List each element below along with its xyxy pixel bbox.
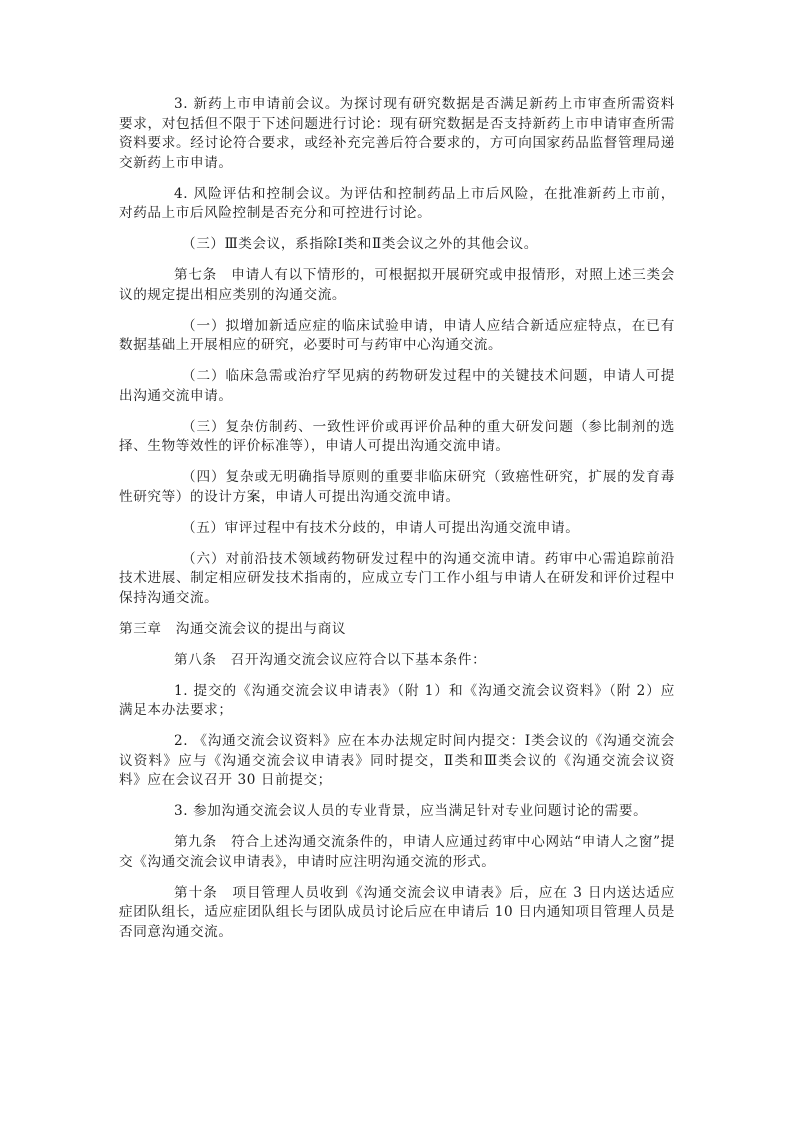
- paragraph-item-3-generic-drugs: （三）复杂仿制药、一致性评价或再评价品种的重大研发问题（参比制剂的选择、生物等效…: [119, 418, 675, 457]
- paragraph-item-6-frontier-tech: （六）对前沿技术领域药物研发过程中的沟通交流申请。药审中心需追踪前沿技术进展、制…: [119, 550, 675, 609]
- paragraph-item-4-nonclinical: （四）复杂或无明确指导原则的重要非临床研究（致癌性研究，扩展的发育毒性研究等）的…: [119, 468, 675, 507]
- paragraph-article-7: 第七条 申请人有以下情形的，可根据拟开展研究或申报情形，对照上述三类会议的规定提…: [119, 266, 675, 305]
- paragraph-item-5-disagreement: （五）审评过程中有技术分歧的，申请人可提出沟通交流申请。: [119, 519, 675, 539]
- paragraph-item-2-rare-disease: （二）临床急需或治疗罕见病的药物研发过程中的关键技术问题，申请人可提出沟通交流申…: [119, 367, 675, 406]
- paragraph-item-1-new-indication: （一）拟增加新适应症的临床试验申请，申请人应结合新适应症特点，在已有数据基础上开…: [119, 317, 675, 356]
- document-page: 3. 新药上市申请前会议。为探讨现有研究数据是否满足新药上市审查所需资料要求，对…: [119, 95, 675, 954]
- paragraph-article-10: 第十条 项目管理人员收到《沟通交流会议申请表》后，应在 3 日内送达适应症团队组…: [119, 884, 675, 943]
- paragraph-class-iii-meeting: （三）Ⅲ类会议，系指除Ⅰ类和Ⅱ类会议之外的其他会议。: [119, 235, 675, 255]
- paragraph-article-9: 第九条 符合上述沟通交流条件的，申请人应通过药审中心网站“申请人之窗”提交《沟通…: [119, 833, 675, 872]
- paragraph-condition-2: 2. 《沟通交流会议资料》应在本办法规定时间内提交：Ⅰ类会议的《沟通交流会议资料…: [119, 732, 675, 791]
- paragraph-new-drug-pre-application-meeting: 3. 新药上市申请前会议。为探讨现有研究数据是否满足新药上市审查所需资料要求，对…: [119, 95, 675, 173]
- paragraph-condition-3: 3. 参加沟通交流会议人员的专业背景，应当满足针对专业问题讨论的需要。: [119, 802, 675, 822]
- chapter-3-heading: 第三章 沟通交流会议的提出与商议: [119, 620, 675, 640]
- paragraph-risk-assessment-meeting: 4. 风险评估和控制会议。为评估和控制药品上市后风险，在批准新药上市前，对药品上…: [119, 185, 675, 224]
- paragraph-condition-1: 1. 提交的《沟通交流会议申请表》（附 1）和《沟通交流会议资料》（附 2）应满…: [119, 682, 675, 721]
- paragraph-article-8: 第八条 召开沟通交流会议应符合以下基本条件：: [119, 651, 675, 671]
